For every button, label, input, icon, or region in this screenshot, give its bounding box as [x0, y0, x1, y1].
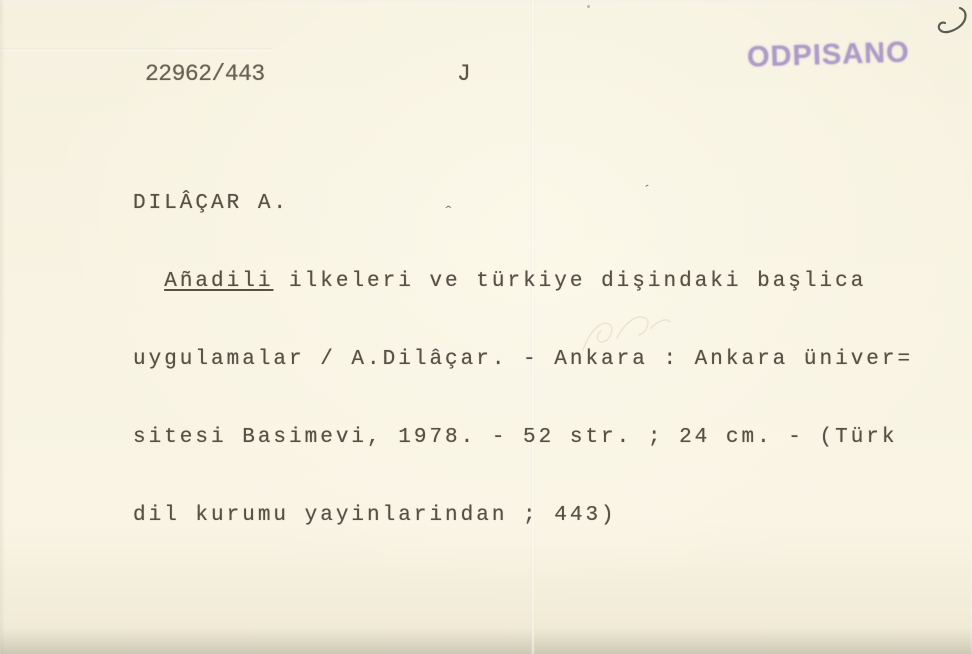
section-letter: J	[457, 61, 471, 87]
record-line-collation: sitesi Basimevi, 1978. - 52 str. ; 24 cm…	[133, 425, 913, 451]
title-underlined-word: Añadili	[164, 270, 273, 293]
record-line-series: dil kurumu yayinlarindan ; 443)	[133, 503, 913, 529]
record-line-imprint: uygulamalar / A.Dilâçar. - Ankara : Anka…	[133, 347, 913, 373]
record-line-title: Añadili ilkeleri ve türkiye dişindaki ba…	[133, 269, 913, 295]
record-line-author: DILÂÇAR A.	[133, 191, 913, 217]
call-number: 22962/443	[145, 61, 265, 87]
pen-checkmark-icon	[920, 2, 970, 50]
title-rest: ilkeleri ve türkiye dişindaki başlica	[273, 270, 866, 293]
paper-speck	[587, 5, 590, 8]
title-indent	[133, 270, 164, 293]
paper-crease-horizontal	[0, 48, 272, 51]
catalog-card: 22962/443 J ODPISANO DILÂÇAR A. Añadili …	[0, 0, 972, 654]
pencil-scribble	[575, 298, 675, 368]
bibliographic-record: DILÂÇAR A. Añadili ilkeleri ve türkiye d…	[133, 139, 913, 581]
stray-circumflex-mark: ˆ	[443, 205, 454, 225]
odpisano-stamp: ODPISANO	[747, 36, 911, 74]
